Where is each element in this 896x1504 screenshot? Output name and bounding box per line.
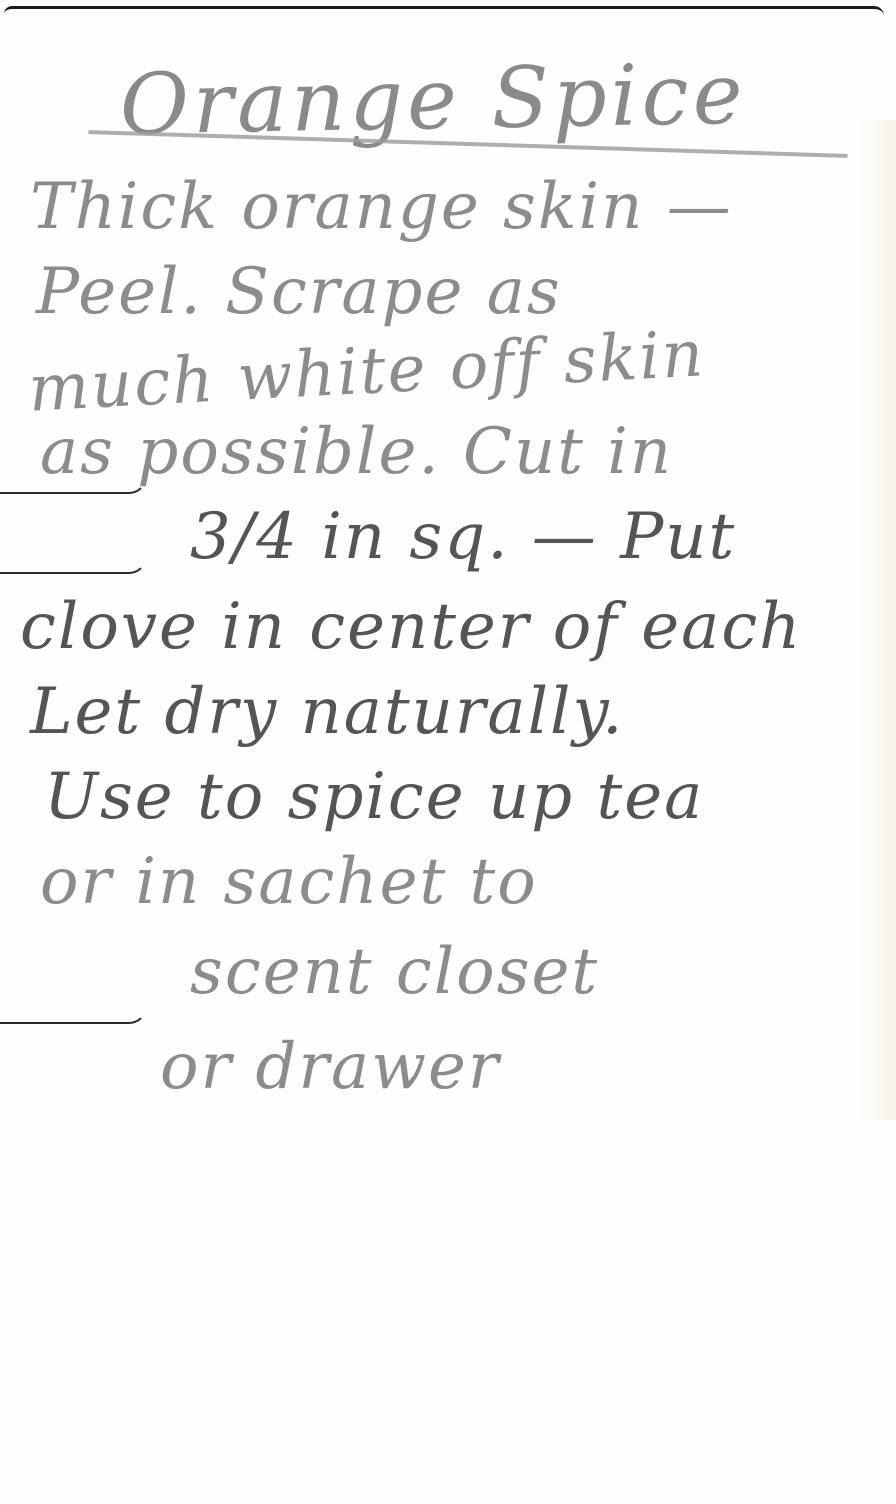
recipe-line: Use to spice up tea (44, 760, 704, 834)
recipe-line: Peel. Scrape as (36, 255, 562, 329)
card-edge-stain (856, 120, 896, 1120)
recipe-line: Thick orange skin — (30, 170, 733, 244)
recipe-line: as possible. Cut in (40, 415, 673, 489)
card-top-edge (4, 6, 884, 19)
recipe-line: or drawer (160, 1030, 500, 1104)
recipe-line: or in sachet to (40, 845, 538, 919)
recipe-card: Orange Spice Thick orange skin — Peel. S… (0, 0, 896, 1504)
recipe-line: Let dry naturally. (30, 675, 625, 749)
recipe-line: clove in center of each (20, 590, 802, 664)
margin-tab-mark (0, 552, 147, 574)
recipe-line: much white off skin (27, 317, 707, 426)
margin-tab-mark (0, 1002, 147, 1024)
recipe-line: scent closet (190, 935, 599, 1009)
recipe-line: 3/4 in sq. — Put (190, 500, 736, 574)
